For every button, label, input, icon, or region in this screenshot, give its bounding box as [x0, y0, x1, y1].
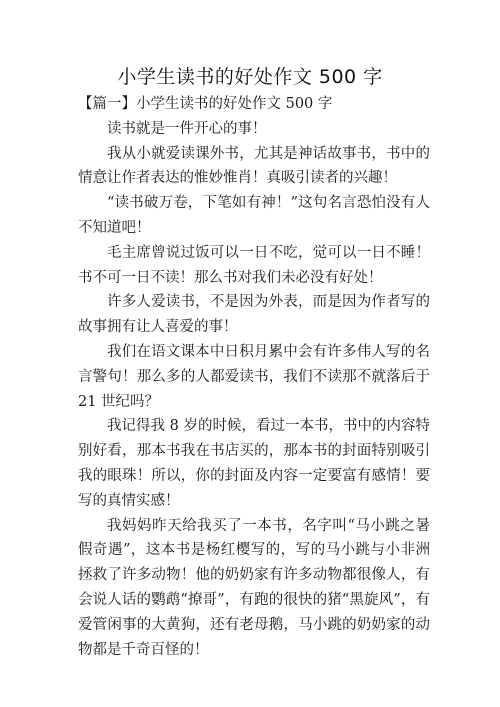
section-heading: 【篇一】小学生读书的好处作文 500 字 [78, 92, 430, 117]
paragraph: 许多人爱读书，不是因为外表，而是因为作者写的故事拥有让人喜爱的事！ [78, 290, 430, 340]
paragraph: 我们在语文课本中日积月累中会有许多伟人写的名言警句！那么多的人都爱读书，我们不读… [78, 340, 430, 414]
document-title: 小学生读书的好处作文 500 字 [0, 62, 500, 89]
document-body: 【篇一】小学生读书的好处作文 500 字 读书就是一件开心的事！ 我从小就爱读课… [78, 92, 430, 662]
paragraph: 我从小就爱读课外书，尤其是神话故事书，书中的情意让作者表达的惟妙惟肖！真吸引读者… [78, 142, 430, 192]
paragraph: 毛主席曾说过饭可以一日不吃，觉可以一日不睡！书不可一日不读！那么书对我们未必没有… [78, 241, 430, 291]
document-page: 小学生读书的好处作文 500 字 【篇一】小学生读书的好处作文 500 字 读书… [0, 0, 500, 707]
paragraph: “读书破万卷，下笔如有神！”这句名言恐怕没有人不知道吧！ [78, 191, 430, 241]
paragraph: 我妈妈昨天给我买了一本书，名字叫“马小跳之暑假奇遇”，这本书是杨红樱写的，写的马… [78, 514, 430, 663]
paragraph: 读书就是一件开心的事！ [78, 117, 430, 142]
paragraph: 我记得我 8 岁的时候，看过一本书，书中的内容特别好看，那本书我在书店买的，那本… [78, 414, 430, 513]
